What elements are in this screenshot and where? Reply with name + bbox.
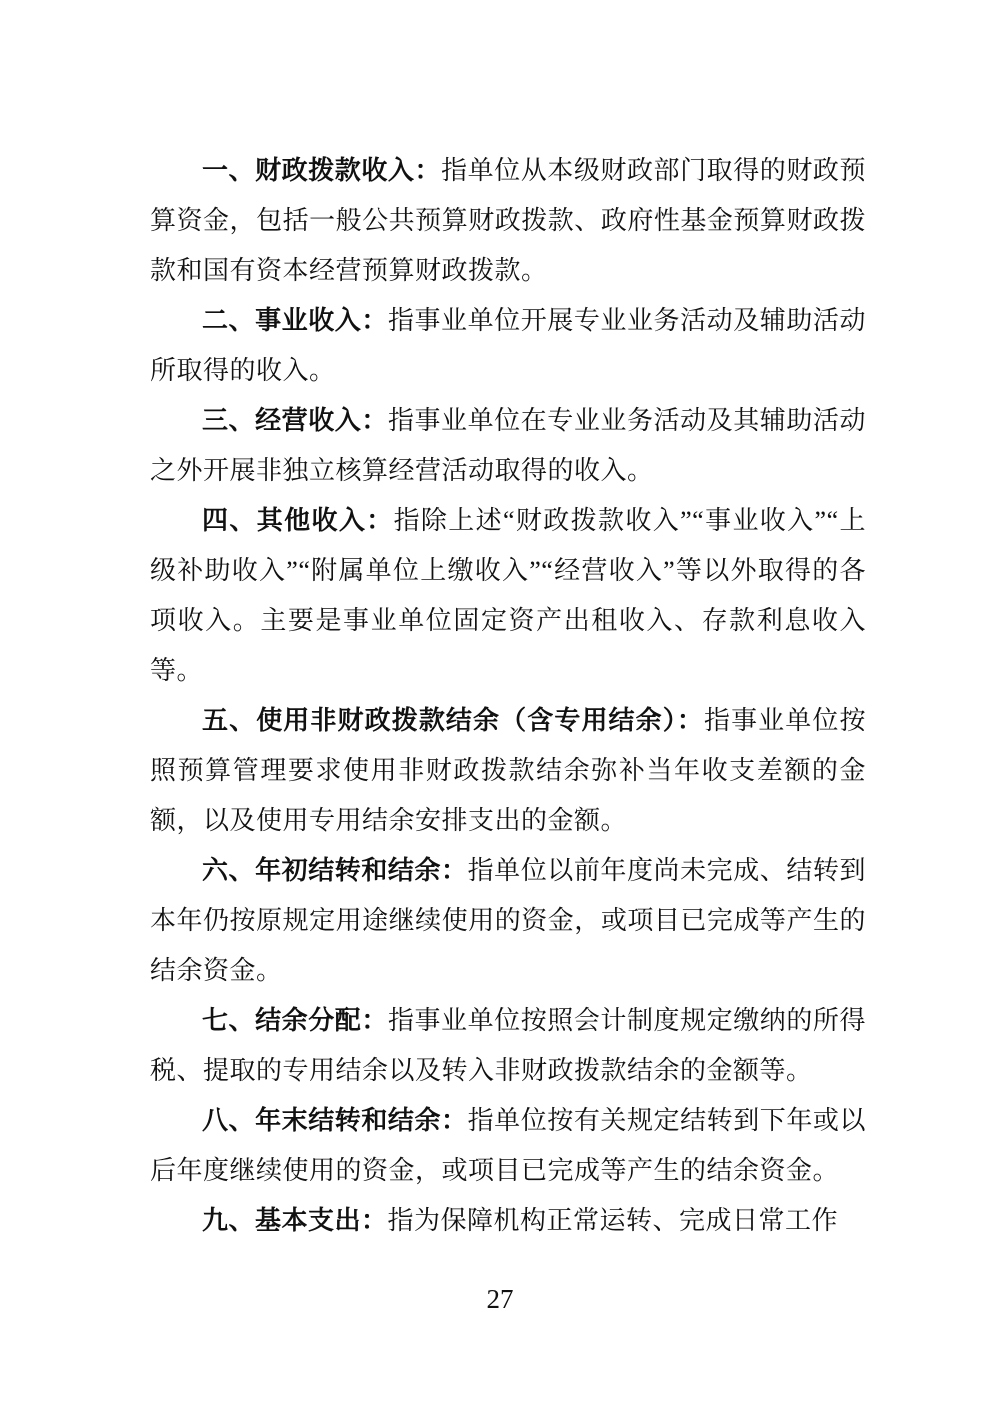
term-label: 五、使用非财政拨款结余（含专用结余）：: [202, 706, 704, 735]
term-label: 九、基本支出：: [202, 1206, 388, 1235]
document-body: 一、财政拨款收入：指单位从本级财政部门取得的财政预算资金，包括一般公共预算财政拨…: [150, 146, 866, 1246]
term-label: 二、事业收入：: [202, 306, 388, 335]
paragraph-8: 八、年末结转和结余：指单位按有关规定结转到下年或以后年度继续使用的资金，或项目已…: [150, 1096, 866, 1196]
paragraph-2: 二、事业收入：指事业单位开展专业业务活动及辅助活动所取得的收入。: [150, 296, 866, 396]
paragraph-6: 六、年初结转和结余：指单位以前年度尚未完成、结转到本年仍按原规定用途继续使用的资…: [150, 846, 866, 996]
paragraph-1: 一、财政拨款收入：指单位从本级财政部门取得的财政预算资金，包括一般公共预算财政拨…: [150, 146, 866, 296]
term-label: 三、经营收入：: [202, 406, 388, 435]
page-number: 27: [487, 1284, 514, 1314]
page-footer: 27: [0, 1284, 1000, 1315]
paragraph-4: 四、其他收入：指除上述“财政拨款收入”“事业收入”“上级补助收入”“附属单位上缴…: [150, 496, 866, 696]
term-label: 四、其他收入：: [202, 506, 394, 535]
paragraph-5: 五、使用非财政拨款结余（含专用结余）：指事业单位按照预算管理要求使用非财政拨款结…: [150, 696, 866, 846]
term-label: 六、年初结转和结余：: [202, 856, 468, 885]
paragraph-7: 七、结余分配：指事业单位按照会计制度规定缴纳的所得税、提取的专用结余以及转入非财…: [150, 996, 866, 1096]
document-page: { "document": { "colors": { "background"…: [0, 0, 1000, 1414]
definition-text: 指为保障机构正常运转、完成日常工作: [388, 1206, 839, 1235]
paragraph-9: 九、基本支出：指为保障机构正常运转、完成日常工作: [150, 1196, 866, 1246]
term-label: 七、结余分配：: [202, 1006, 388, 1035]
paragraph-3: 三、经营收入：指事业单位在专业业务活动及其辅助活动之外开展非独立核算经营活动取得…: [150, 396, 866, 496]
term-label: 一、财政拨款收入：: [202, 156, 441, 185]
term-label: 八、年末结转和结余：: [202, 1106, 468, 1135]
